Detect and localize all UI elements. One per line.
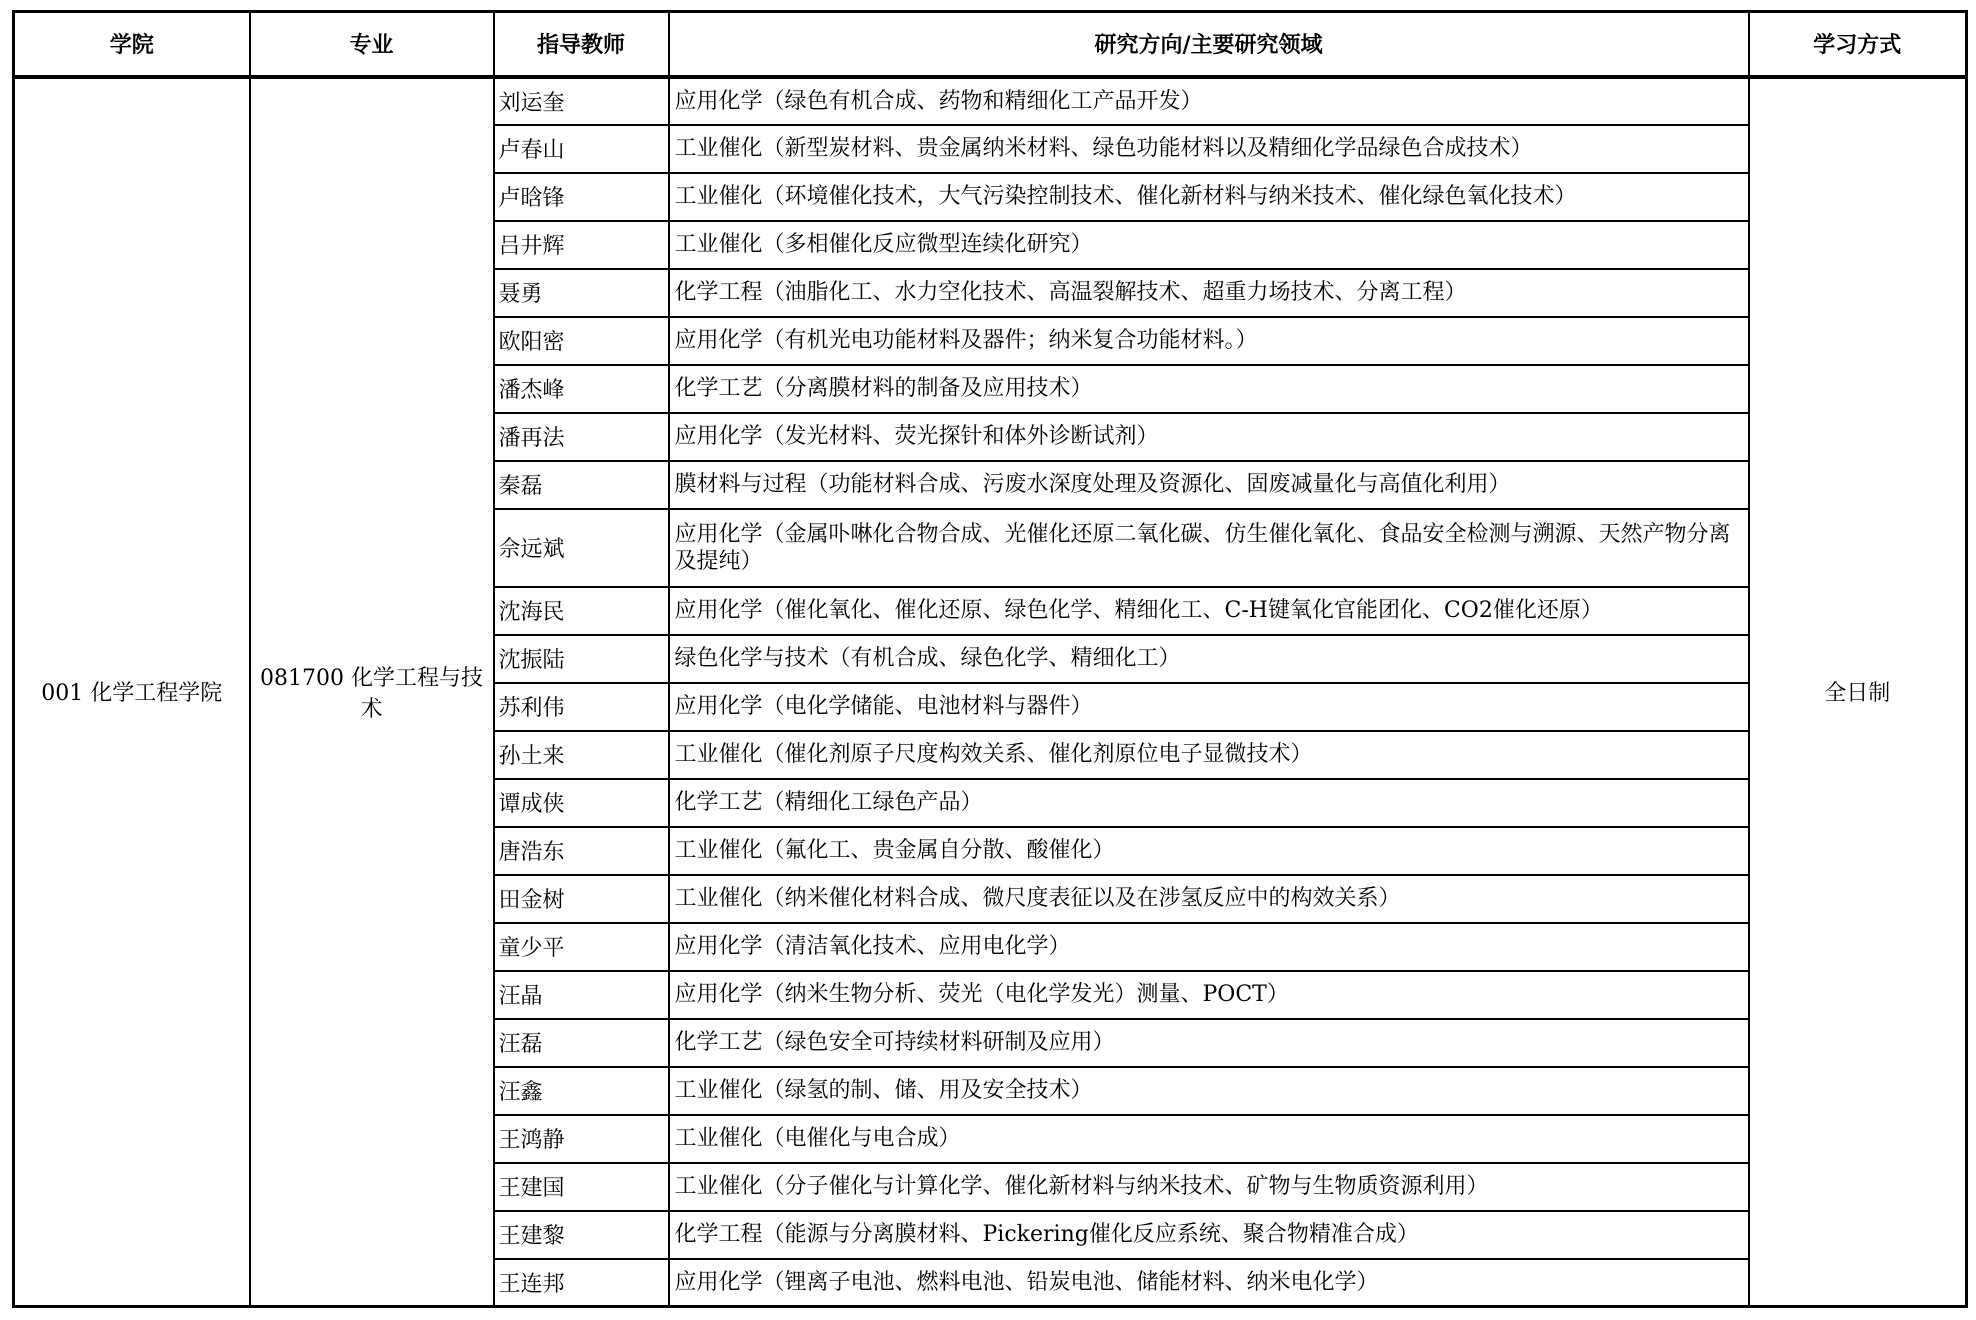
teacher-cell: 汪晶: [494, 971, 669, 1019]
research-cell: 工业催化（新型炭材料、贵金属纳米材料、绿色功能材料以及精细化学品绿色合成技术）: [669, 125, 1749, 173]
research-cell: 应用化学（发光材料、荧光探针和体外诊断试剂）: [669, 413, 1749, 461]
research-cell: 工业催化（纳米催化材料合成、微尺度表征以及在涉氢反应中的构效关系）: [669, 875, 1749, 923]
header-college: 学院: [14, 12, 250, 77]
research-cell: 工业催化（多相催化反应微型连续化研究）: [669, 221, 1749, 269]
research-cell: 应用化学（绿色有机合成、药物和精细化工产品开发）: [669, 77, 1749, 125]
header-advisor: 指导教师: [494, 12, 669, 77]
research-cell: 化学工艺（绿色安全可持续材料研制及应用）: [669, 1019, 1749, 1067]
research-cell: 应用化学（有机光电功能材料及器件；纳米复合功能材料。）: [669, 317, 1749, 365]
teacher-cell: 童少平: [494, 923, 669, 971]
table-header: 学院 专业 指导教师 研究方向/主要研究领域 学习方式: [14, 12, 1967, 77]
teacher-cell: 刘运奎: [494, 77, 669, 125]
research-cell: 化学工程（油脂化工、水力空化技术、高温裂解技术、超重力场技术、分离工程）: [669, 269, 1749, 317]
major-cell: 081700 化学工程与技术: [250, 77, 494, 1307]
teacher-cell: 秦磊: [494, 461, 669, 509]
research-cell: 应用化学（金属卟啉化合物合成、光催化还原二氧化碳、仿生催化氧化、食品安全检测与溯…: [669, 509, 1749, 587]
research-cell: 工业催化（分子催化与计算化学、催化新材料与纳米技术、矿物与生物质资源利用）: [669, 1163, 1749, 1211]
teacher-cell: 沈振陆: [494, 635, 669, 683]
teacher-cell: 吕井辉: [494, 221, 669, 269]
research-cell: 应用化学（纳米生物分析、荧光（电化学发光）测量、POCT）: [669, 971, 1749, 1019]
teacher-cell: 沈海民: [494, 587, 669, 635]
advisor-table: 学院 专业 指导教师 研究方向/主要研究领域 学习方式 001 化学工程学院08…: [12, 10, 1968, 1308]
teacher-cell: 汪磊: [494, 1019, 669, 1067]
study-mode-cell: 全日制: [1749, 77, 1967, 1307]
header-major: 专业: [250, 12, 494, 77]
research-cell: 化学工艺（分离膜材料的制备及应用技术）: [669, 365, 1749, 413]
research-cell: 工业催化（催化剂原子尺度构效关系、催化剂原位电子显微技术）: [669, 731, 1749, 779]
research-cell: 绿色化学与技术（有机合成、绿色化学、精细化工）: [669, 635, 1749, 683]
teacher-cell: 唐浩东: [494, 827, 669, 875]
header-row: 学院 专业 指导教师 研究方向/主要研究领域 学习方式: [14, 12, 1967, 77]
research-cell: 应用化学（电化学储能、电池材料与器件）: [669, 683, 1749, 731]
teacher-cell: 王建黎: [494, 1211, 669, 1259]
table-body: 001 化学工程学院081700 化学工程与技术刘运奎应用化学（绿色有机合成、药…: [14, 77, 1967, 1307]
research-cell: 化学工程（能源与分离膜材料、Pickering催化反应系统、聚合物精准合成）: [669, 1211, 1749, 1259]
teacher-cell: 孙土来: [494, 731, 669, 779]
teacher-cell: 潘杰峰: [494, 365, 669, 413]
teacher-cell: 王建国: [494, 1163, 669, 1211]
college-cell: 001 化学工程学院: [14, 77, 250, 1307]
header-research: 研究方向/主要研究领域: [669, 12, 1749, 77]
research-cell: 化学工艺（精细化工绿色产品）: [669, 779, 1749, 827]
teacher-cell: 田金树: [494, 875, 669, 923]
teacher-cell: 聂勇: [494, 269, 669, 317]
teacher-cell: 潘再法: [494, 413, 669, 461]
research-cell: 工业催化（环境催化技术，大气污染控制技术、催化新材料与纳米技术、催化绿色氧化技术…: [669, 173, 1749, 221]
teacher-cell: 谭成侠: [494, 779, 669, 827]
teacher-cell: 王连邦: [494, 1259, 669, 1307]
teacher-cell: 苏利伟: [494, 683, 669, 731]
advisor-table-container: 学院 专业 指导教师 研究方向/主要研究领域 学习方式 001 化学工程学院08…: [12, 10, 1968, 1308]
research-cell: 工业催化（绿氢的制、储、用及安全技术）: [669, 1067, 1749, 1115]
teacher-cell: 卢春山: [494, 125, 669, 173]
research-cell: 工业催化（电催化与电合成）: [669, 1115, 1749, 1163]
research-cell: 膜材料与过程（功能材料合成、污废水深度处理及资源化、固废减量化与高值化利用）: [669, 461, 1749, 509]
teacher-cell: 欧阳密: [494, 317, 669, 365]
research-cell: 应用化学（锂离子电池、燃料电池、铅炭电池、储能材料、纳米电化学）: [669, 1259, 1749, 1307]
teacher-cell: 王鸿静: [494, 1115, 669, 1163]
header-study-mode: 学习方式: [1749, 12, 1967, 77]
teacher-cell: 汪鑫: [494, 1067, 669, 1115]
research-cell: 应用化学（清洁氧化技术、应用电化学）: [669, 923, 1749, 971]
teacher-cell: 卢晗锋: [494, 173, 669, 221]
teacher-cell: 佘远斌: [494, 509, 669, 587]
research-cell: 应用化学（催化氧化、催化还原、绿色化学、精细化工、C-H键氧化官能团化、CO2催…: [669, 587, 1749, 635]
table-row: 001 化学工程学院081700 化学工程与技术刘运奎应用化学（绿色有机合成、药…: [14, 77, 1967, 125]
research-cell: 工业催化（氟化工、贵金属自分散、酸催化）: [669, 827, 1749, 875]
